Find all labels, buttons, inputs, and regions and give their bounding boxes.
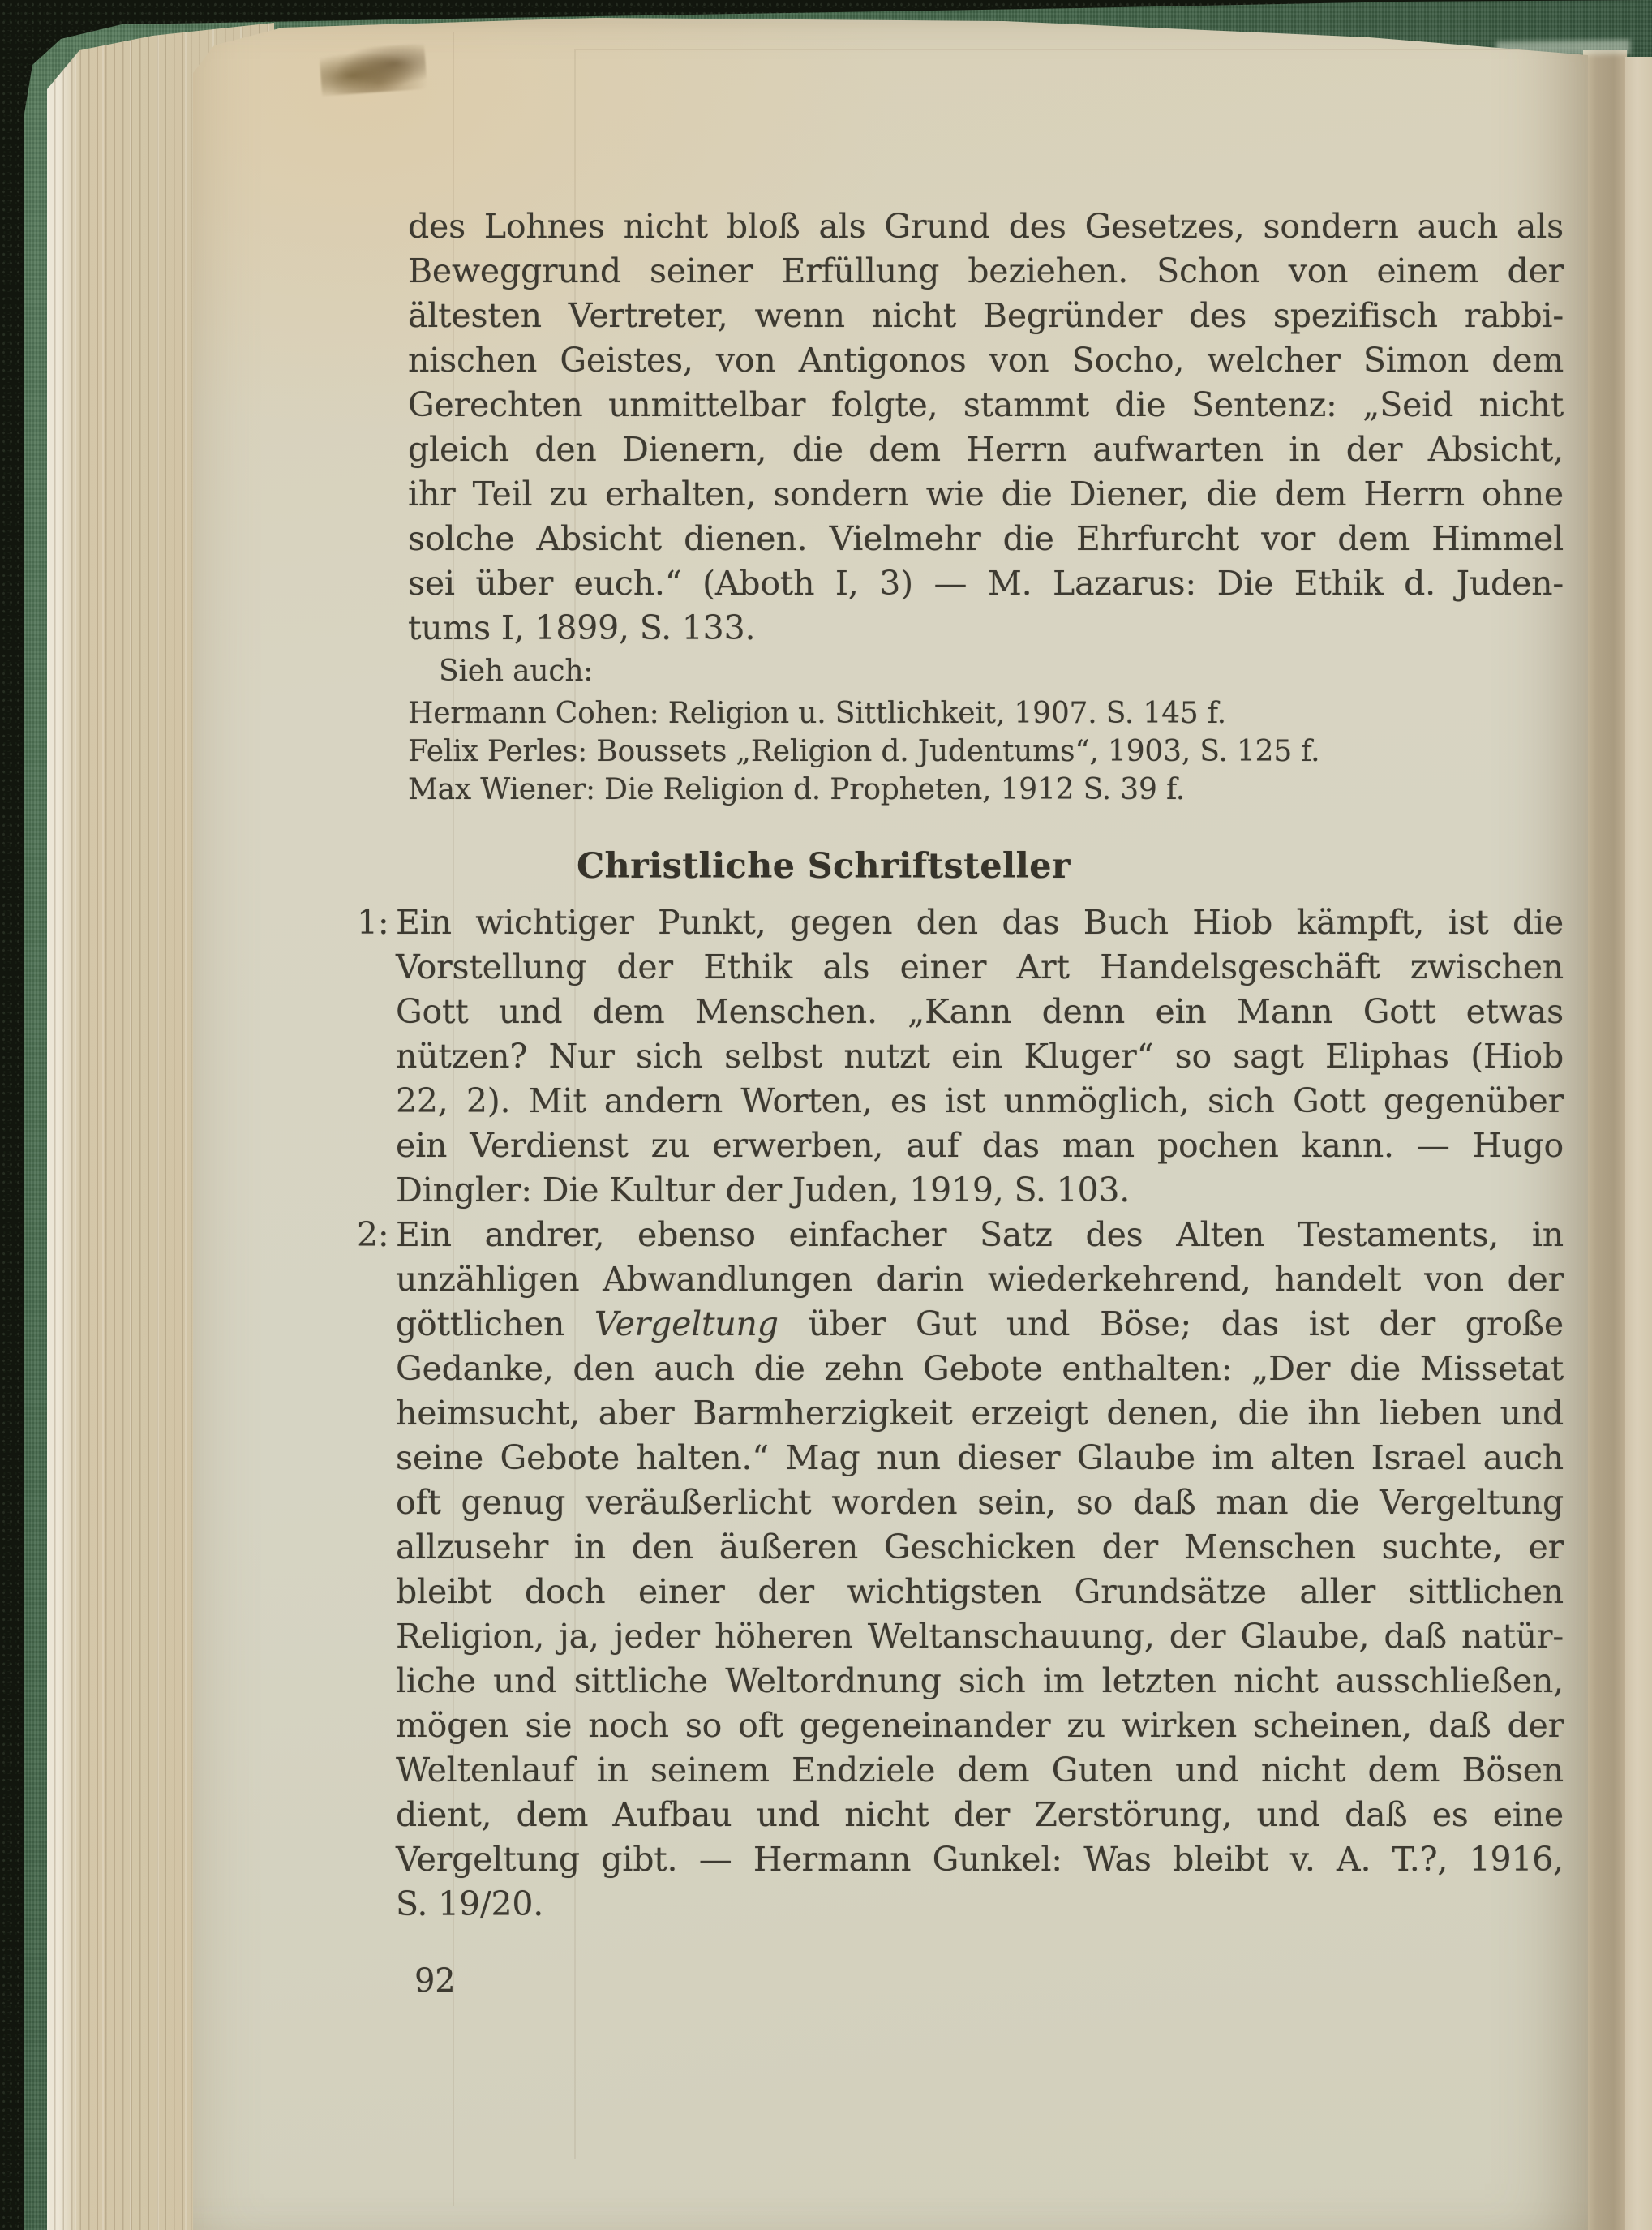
ink-stain bbox=[319, 44, 427, 97]
text-line: unzähligen Abwandlungen darin wiederkehr… bbox=[396, 1257, 1564, 1302]
text-line: Religion, ja, jeder höheren Weltanschauu… bbox=[396, 1614, 1564, 1659]
page-gutter-shadow bbox=[1583, 50, 1627, 2230]
page-number: 92 bbox=[414, 1961, 1564, 2001]
text-line: nützen? Nur sich selbst nutzt ein Kluger… bbox=[396, 1034, 1564, 1079]
adjacent-page-edge bbox=[1625, 57, 1652, 2230]
text-line: 22, 2). Mit andern Worten, es ist unmögl… bbox=[396, 1079, 1564, 1124]
emphasized-word: Vergeltung bbox=[594, 1304, 779, 1343]
text-line: heimsucht, aber Barmherzigkeit erzeigt d… bbox=[396, 1391, 1564, 1436]
text-line: oft genug veräußerlicht worden sein, so … bbox=[396, 1480, 1564, 1525]
numbered-item-2: 2: Ein andrer, ebenso einfacher Satz des… bbox=[396, 1213, 1564, 1927]
text-line: liche und sittliche Weltordnung sich im … bbox=[396, 1659, 1564, 1704]
item-number: 2: bbox=[357, 1213, 389, 1257]
text-line: Gerechten unmittelbar folgte, stammt die… bbox=[408, 383, 1564, 428]
text-line: seine Gebote halten.“ Mag nun dieser Gla… bbox=[396, 1436, 1564, 1480]
numbered-item-1: 1: Ein wichtiger Punkt, gegen den das Bu… bbox=[396, 900, 1564, 1213]
text-line: Weltenlauf in seinem Endziele dem Guten … bbox=[396, 1748, 1564, 1793]
text-line: ältesten Vertreter, wenn nicht Begründer… bbox=[408, 294, 1564, 338]
text-line: dient, dem Aufbau und nicht der Zerstöru… bbox=[396, 1793, 1564, 1837]
see-also-label: Sieh auch: bbox=[439, 652, 1564, 690]
text-line: Vorstellung der Ethik als einer Art Hand… bbox=[396, 945, 1564, 990]
reference-line: Hermann Cohen: Religion u. Sittlichkeit,… bbox=[408, 694, 1564, 733]
reference-line: Felix Perles: Boussets „Religion d. Jude… bbox=[408, 733, 1564, 771]
text-line: Beweggrund seiner Erfüllung beziehen. Sc… bbox=[408, 249, 1564, 294]
text-line: Ein wichtiger Punkt, gegen den das Buch … bbox=[396, 900, 1564, 945]
text-line: bleibt doch einer der wichtigsten Grunds… bbox=[396, 1570, 1564, 1614]
text-run: über Gut und Böse; das ist der große bbox=[779, 1304, 1564, 1343]
reference-list: Hermann Cohen: Religion u. Sittlichkeit,… bbox=[408, 694, 1564, 809]
text-line: des Lohnes nicht bloß als Grund des Gese… bbox=[408, 204, 1564, 249]
text-line: solche Absicht dienen. Vielmehr die Ehrf… bbox=[408, 517, 1564, 561]
text-line: allzusehr in den äußeren Geschicken der … bbox=[396, 1525, 1564, 1570]
text-line: Gott und dem Menschen. „Kann denn ein Ma… bbox=[396, 990, 1564, 1034]
paragraph-continuation: des Lohnes nicht bloß als Grund des Gese… bbox=[408, 204, 1564, 651]
text-line: tums I, 1899, S. 133. bbox=[408, 606, 1564, 651]
text-line: gleich den Dienern, die dem Herrn aufwar… bbox=[408, 428, 1564, 472]
scanned-book-photo: des Lohnes nicht bloß als Grund des Gese… bbox=[0, 0, 1652, 2230]
item-number: 1: bbox=[357, 900, 389, 945]
text-line: Gedanke, den auch die zehn Gebote enthal… bbox=[396, 1347, 1564, 1391]
text-line: nischen Geistes, von Antigonos von Socho… bbox=[408, 338, 1564, 383]
text-line: Dingler: Die Kultur der Juden, 1919, S. … bbox=[396, 1168, 1564, 1213]
reference-line: Max Wiener: Die Religion d. Propheten, 1… bbox=[408, 771, 1564, 809]
page-text: des Lohnes nicht bloß als Grund des Gese… bbox=[408, 204, 1564, 2001]
text-run: göttlichen bbox=[396, 1304, 594, 1343]
text-line: ein Verdienst zu erwerben, auf das man p… bbox=[396, 1124, 1564, 1168]
text-line: mögen sie noch so oft gegeneinander zu w… bbox=[396, 1704, 1564, 1748]
section-heading: Christliche Schriftsteller bbox=[577, 844, 1564, 889]
text-line: Ein andrer, ebenso einfacher Satz des Al… bbox=[396, 1213, 1564, 1257]
text-line: ihr Teil zu erhalten, sondern wie die Di… bbox=[408, 472, 1564, 517]
text-line: S. 19/20. bbox=[396, 1882, 1564, 1927]
text-line: Vergeltung gibt. — Hermann Gunkel: Was b… bbox=[396, 1837, 1564, 1882]
text-line: göttlichen Vergeltung über Gut und Böse;… bbox=[396, 1302, 1564, 1347]
book-page: des Lohnes nicht bloß als Grund des Gese… bbox=[193, 0, 1588, 2230]
text-line: sei über euch.“ (Aboth I, 3) — M. Lazaru… bbox=[408, 561, 1564, 606]
